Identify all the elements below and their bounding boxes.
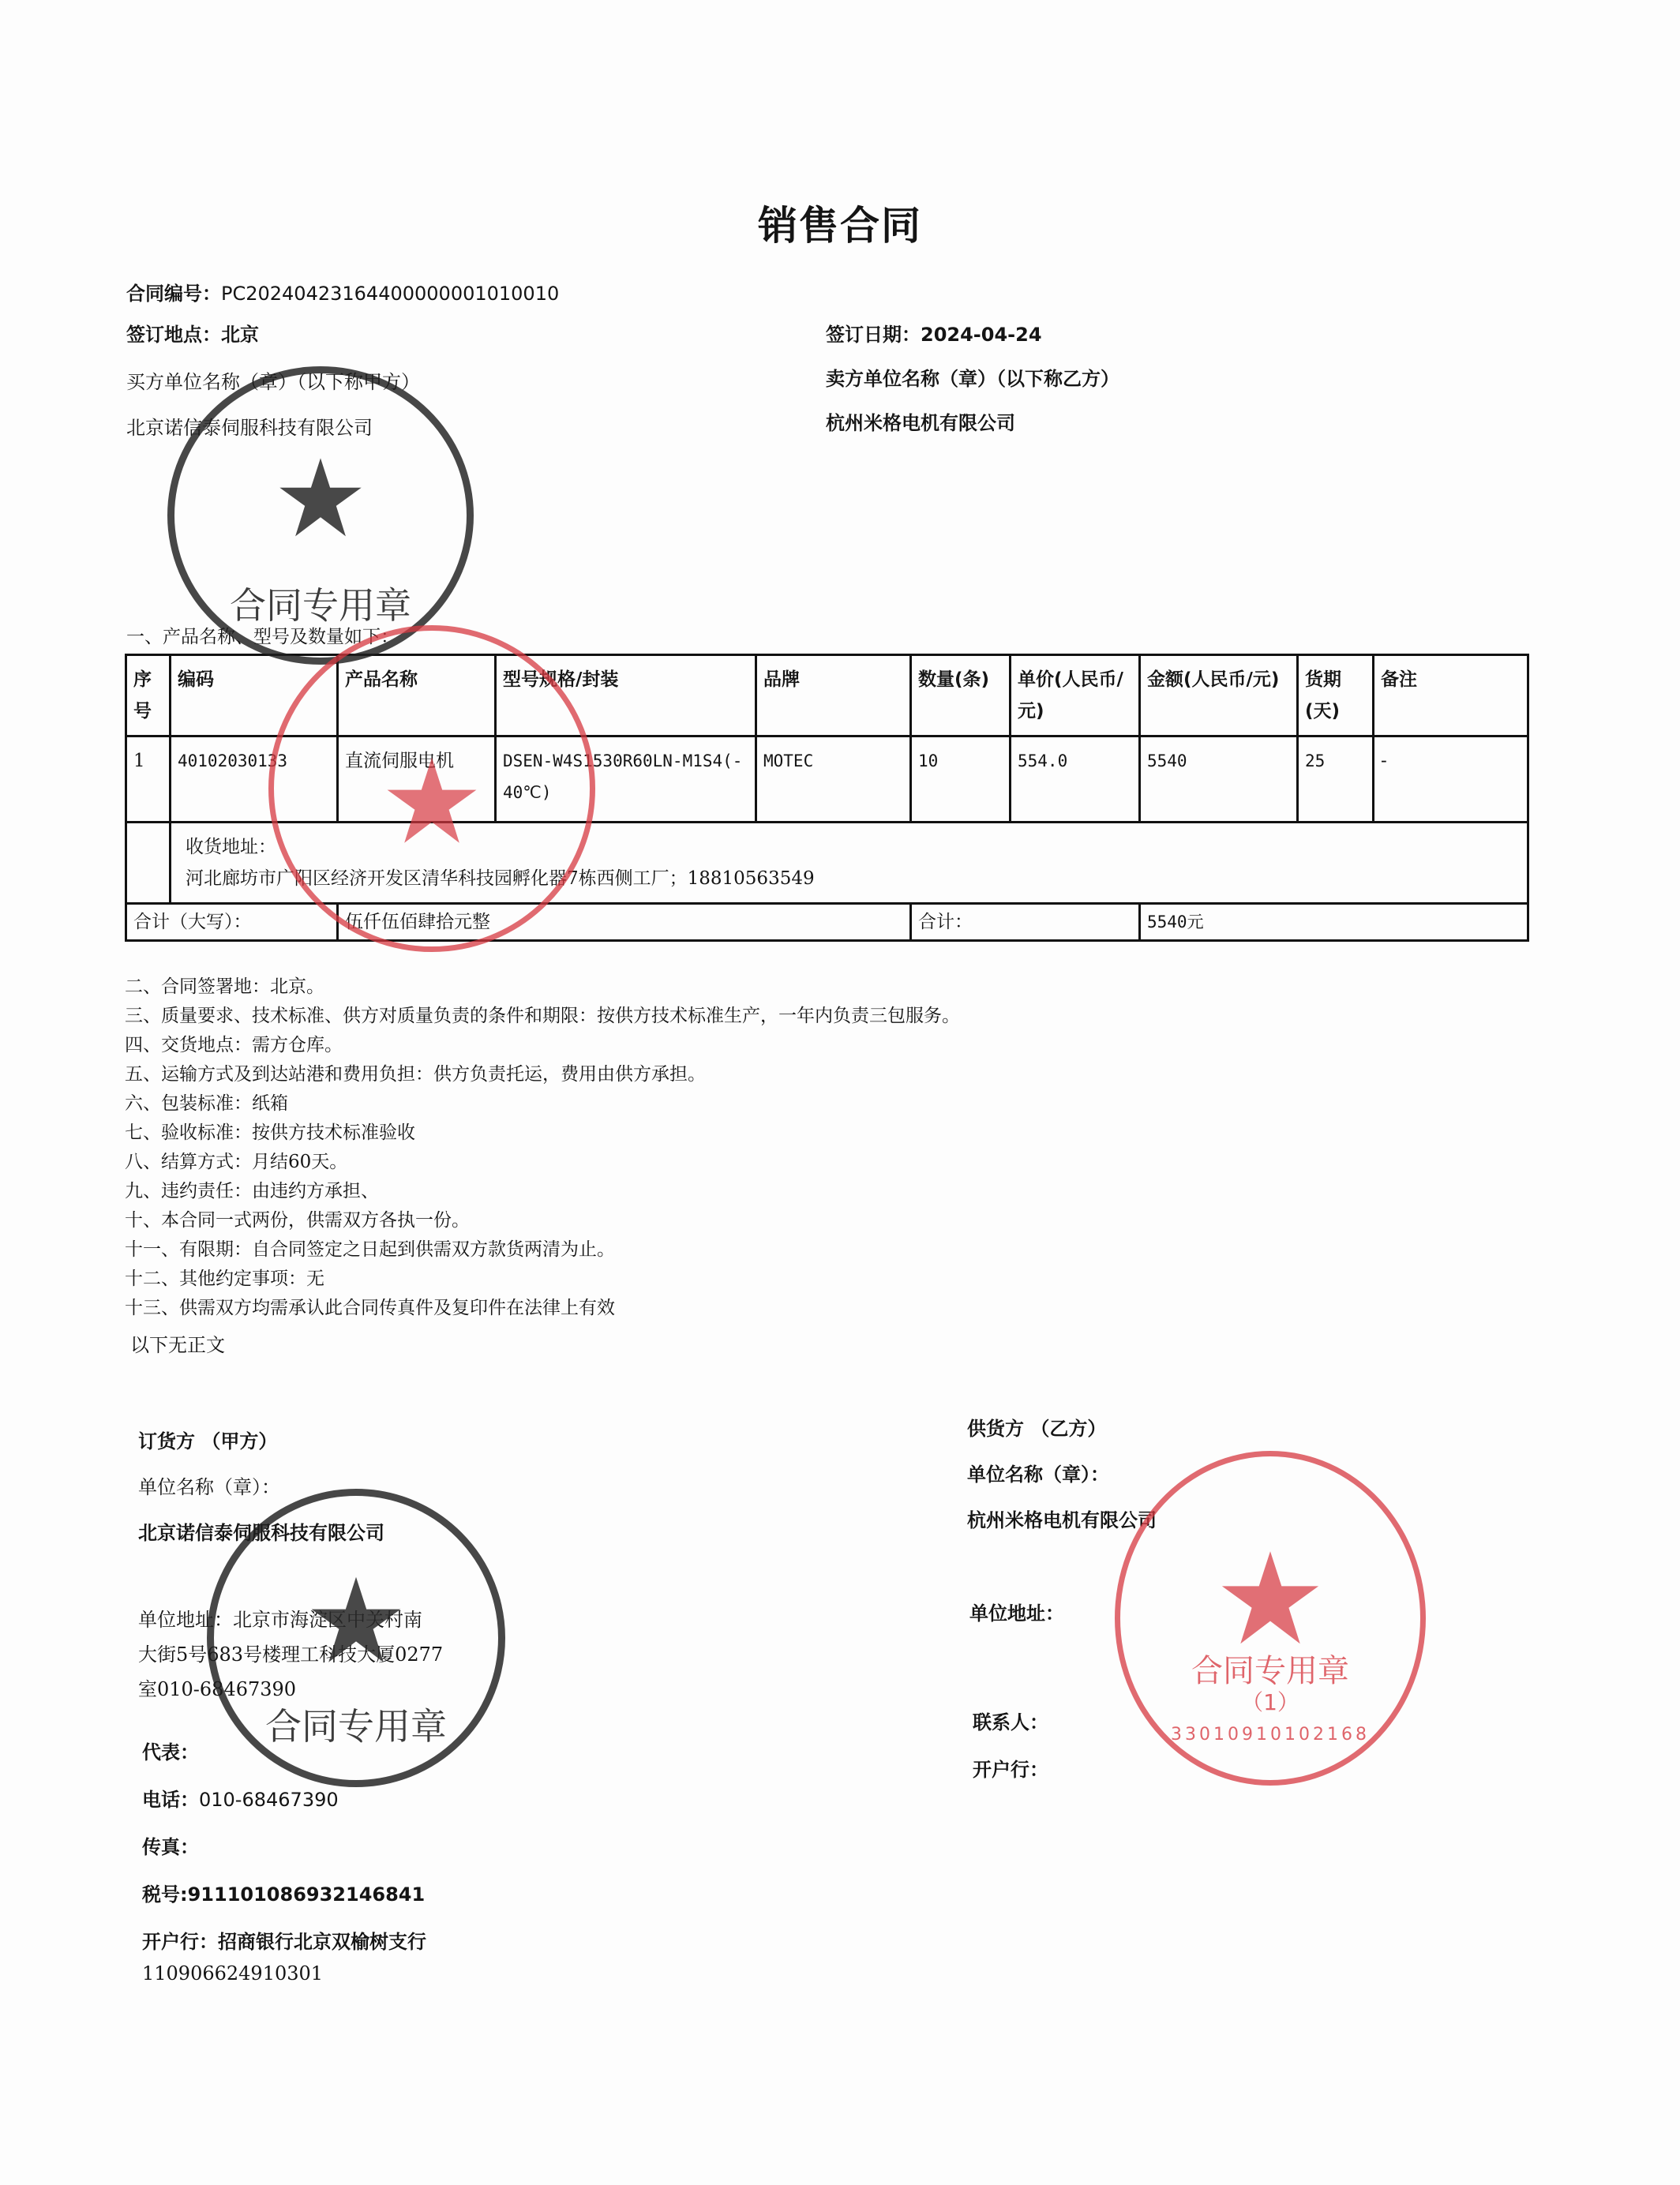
term-item: 六、包装标准：纸箱 — [125, 1089, 960, 1119]
term-item: 三、质量要求、技术标准、供方对质量负责的条件和期限：按供方技术标准生产，一年内负… — [125, 1002, 960, 1031]
totals-row: 合计（大写）： 伍仟伍佰肆拾元整 合计： 5540元 — [126, 904, 1528, 941]
section-1-heading: 一、产品名称、型号及数量如下： — [126, 622, 399, 648]
col-header: 序号 — [126, 655, 171, 736]
seller-bank-label: 开户行： — [973, 1754, 1048, 1782]
terms-list: 二、合同签署地：北京。 三、质量要求、技术标准、供方对质量负责的条件和期限：按供… — [125, 973, 960, 1323]
term-item: 十二、其他约定事项：无 — [125, 1265, 960, 1294]
term-item: 四、交货地点：需方仓库。 — [125, 1031, 960, 1060]
buyer-unit-name: 北京诺信泰伺服科技有限公司 — [138, 1517, 384, 1545]
col-header: 金额(人民币/元) — [1140, 655, 1298, 736]
buyer-unit-name-label: 单位名称（章）： — [138, 1471, 280, 1499]
cell-qty: 10 — [911, 736, 1011, 823]
buyer-address-line: 室010-68467390 — [138, 1672, 443, 1707]
buyer-block-heading: 订货方 （甲方） — [138, 1426, 277, 1453]
buyer-address-line: 大街5号683号楼理工科技大厦0277 — [138, 1637, 443, 1672]
buyer-phone: 电话：010-68467390 — [142, 1784, 339, 1812]
table-row: 1 40102030133 直流伺服电机 DSEN-W4S1530R60LN-M… — [126, 736, 1528, 823]
buyer-fax-label: 传真： — [142, 1831, 199, 1859]
contract-number: 合同编号：PC20240423164400000001010010 — [126, 278, 559, 305]
sign-date: 签订日期：2024-04-24 — [826, 319, 1042, 347]
buyer-address: 单位地址：北京市海淀区中关村南 大街5号683号楼理工科技大厦0277 室010… — [138, 1602, 443, 1707]
cell-model: DSEN-W4S1530R60LN-M1S4(-40℃) — [496, 736, 756, 823]
seller-heading: 卖方单位名称（章）（以下称乙方） — [826, 363, 1119, 391]
buyer-heading: 买方单位名称（章）（以下称甲方） — [126, 366, 420, 394]
buyer-phone-value: 010-68467390 — [199, 1789, 339, 1811]
col-header: 品牌 — [756, 655, 911, 736]
seller-name: 杭州米格电机有限公司 — [826, 407, 1015, 435]
buyer-bank-label: 开户行： — [142, 1931, 218, 1953]
buyer-bank: 开户行：招商银行北京双榆树支行 — [142, 1926, 426, 1954]
sign-place-value: 北京 — [221, 324, 259, 346]
col-header: 货期(天) — [1298, 655, 1374, 736]
table-header-row: 序号 编码 产品名称 型号规格/封装 品牌 数量(条) 单价(人民币/元) 金额… — [126, 655, 1528, 736]
empty-cell — [126, 823, 171, 904]
cell-product: 直流伺服电机 — [338, 736, 496, 823]
term-item: 十、本合同一式两份，供需双方各执一份。 — [125, 1206, 960, 1235]
col-header: 数量(条) — [911, 655, 1011, 736]
document-title: 销售合同 — [0, 194, 1680, 251]
seller-company-seal-bottom: 合同专用章 （1） 3301091010216​8 — [1115, 1451, 1426, 1786]
buyer-tax-value: 91110108693214684​1 — [188, 1883, 426, 1906]
term-item: 七、验收标准：按供方技术标准验收 — [125, 1119, 960, 1148]
buyer-tax-label: 税号: — [142, 1883, 188, 1906]
buyer-rep-label: 代表： — [142, 1737, 199, 1764]
delivery-address: 河北廊坊市广阳区经济开发区清华科技园孵化器7栋西侧工厂；18810563549 — [178, 863, 1521, 894]
cell-seq: 1 — [126, 736, 171, 823]
term-item: 八、结算方式：月结60天。 — [125, 1148, 960, 1177]
buyer-bank-value: 招商银行北京双榆树支行 — [218, 1931, 426, 1953]
term-item: 十三、供需双方均需承认此合同传真件及复印件在法律上有效 — [125, 1294, 960, 1323]
col-header: 产品名称 — [338, 655, 496, 736]
seller-unit-name-label: 单位名称（章）： — [967, 1459, 1109, 1486]
term-item: 九、违约责任：由违约方承担、 — [125, 1177, 960, 1206]
items-table: 序号 编码 产品名称 型号规格/封装 品牌 数量(条) 单价(人民币/元) 金额… — [125, 654, 1529, 942]
term-item: 二、合同签署地：北京。 — [125, 973, 960, 1002]
buyer-address-line: 单位地址：北京市海淀区中关村南 — [138, 1602, 443, 1637]
cell-remark: - — [1374, 736, 1528, 823]
total-upper-label: 合计（大写）： — [126, 904, 338, 941]
seal-star-icon — [1219, 1547, 1322, 1650]
seal-star-icon — [277, 455, 364, 542]
total-upper-value: 伍仟伍佰肆拾元整 — [338, 904, 911, 941]
col-header: 备注 — [1374, 655, 1528, 736]
buyer-account: 110906624910301 — [142, 1962, 323, 1984]
delivery-address-label: 收货地址： — [178, 831, 1521, 863]
col-header: 型号规格/封装 — [496, 655, 756, 736]
sign-place: 签订地点：北京 — [126, 319, 259, 347]
col-header: 单价(人民币/元) — [1011, 655, 1140, 736]
seller-block-heading: 供货方 （乙方） — [967, 1413, 1106, 1441]
seal-variant: （1） — [1120, 1685, 1420, 1717]
delivery-address-row: 收货地址： 河北廊坊市广阳区经济开发区清华科技园孵化器7栋西侧工厂；188105… — [126, 823, 1528, 904]
seal-purpose: 合同专用章 — [1120, 1646, 1420, 1691]
delivery-address-cell: 收货地址： 河北廊坊市广阳区经济开发区清华科技园孵化器7栋西侧工厂；188105… — [171, 823, 1528, 904]
seal-serial: 3301091010216​8 — [1120, 1725, 1420, 1745]
cell-brand: MOTEC — [756, 736, 911, 823]
cell-lead-time: 25 — [1298, 736, 1374, 823]
end-note: 以下无正文 — [130, 1329, 225, 1357]
buyer-phone-label: 电话： — [142, 1789, 199, 1811]
total-value: 5540元 — [1140, 904, 1528, 941]
buyer-tax: 税号:91110108693214684​1 — [142, 1879, 425, 1906]
seller-unit-name: 杭州米格电机有限公司 — [967, 1505, 1157, 1532]
buyer-company-seal-top: 合同专用章 — [167, 366, 474, 665]
term-item: 五、运输方式及到达站港和费用负担：供方负责托运，费用由供方承担。 — [125, 1060, 960, 1089]
contract-number-value: PC20240423164400000001010010 — [221, 283, 559, 305]
cell-amount: 5540 — [1140, 736, 1298, 823]
seller-address-label: 单位地址： — [969, 1598, 1064, 1625]
sign-place-label: 签订地点： — [126, 324, 221, 346]
total-label: 合计： — [911, 904, 1140, 941]
cell-unit-price: 554.0 — [1011, 736, 1140, 823]
cell-code: 40102030133 — [171, 736, 338, 823]
contract-number-label: 合同编号： — [126, 283, 221, 305]
sign-date-value: 2024-04-24 — [921, 324, 1042, 346]
col-header: 编码 — [171, 655, 338, 736]
buyer-name: 北京诺信泰伺服科技有限公司 — [126, 412, 373, 440]
seller-contact-label: 联系人： — [973, 1707, 1048, 1734]
sign-date-label: 签订日期： — [826, 324, 921, 346]
term-item: 十一、有限期：自合同签定之日起到供需双方款货两清为止。 — [125, 1235, 960, 1265]
